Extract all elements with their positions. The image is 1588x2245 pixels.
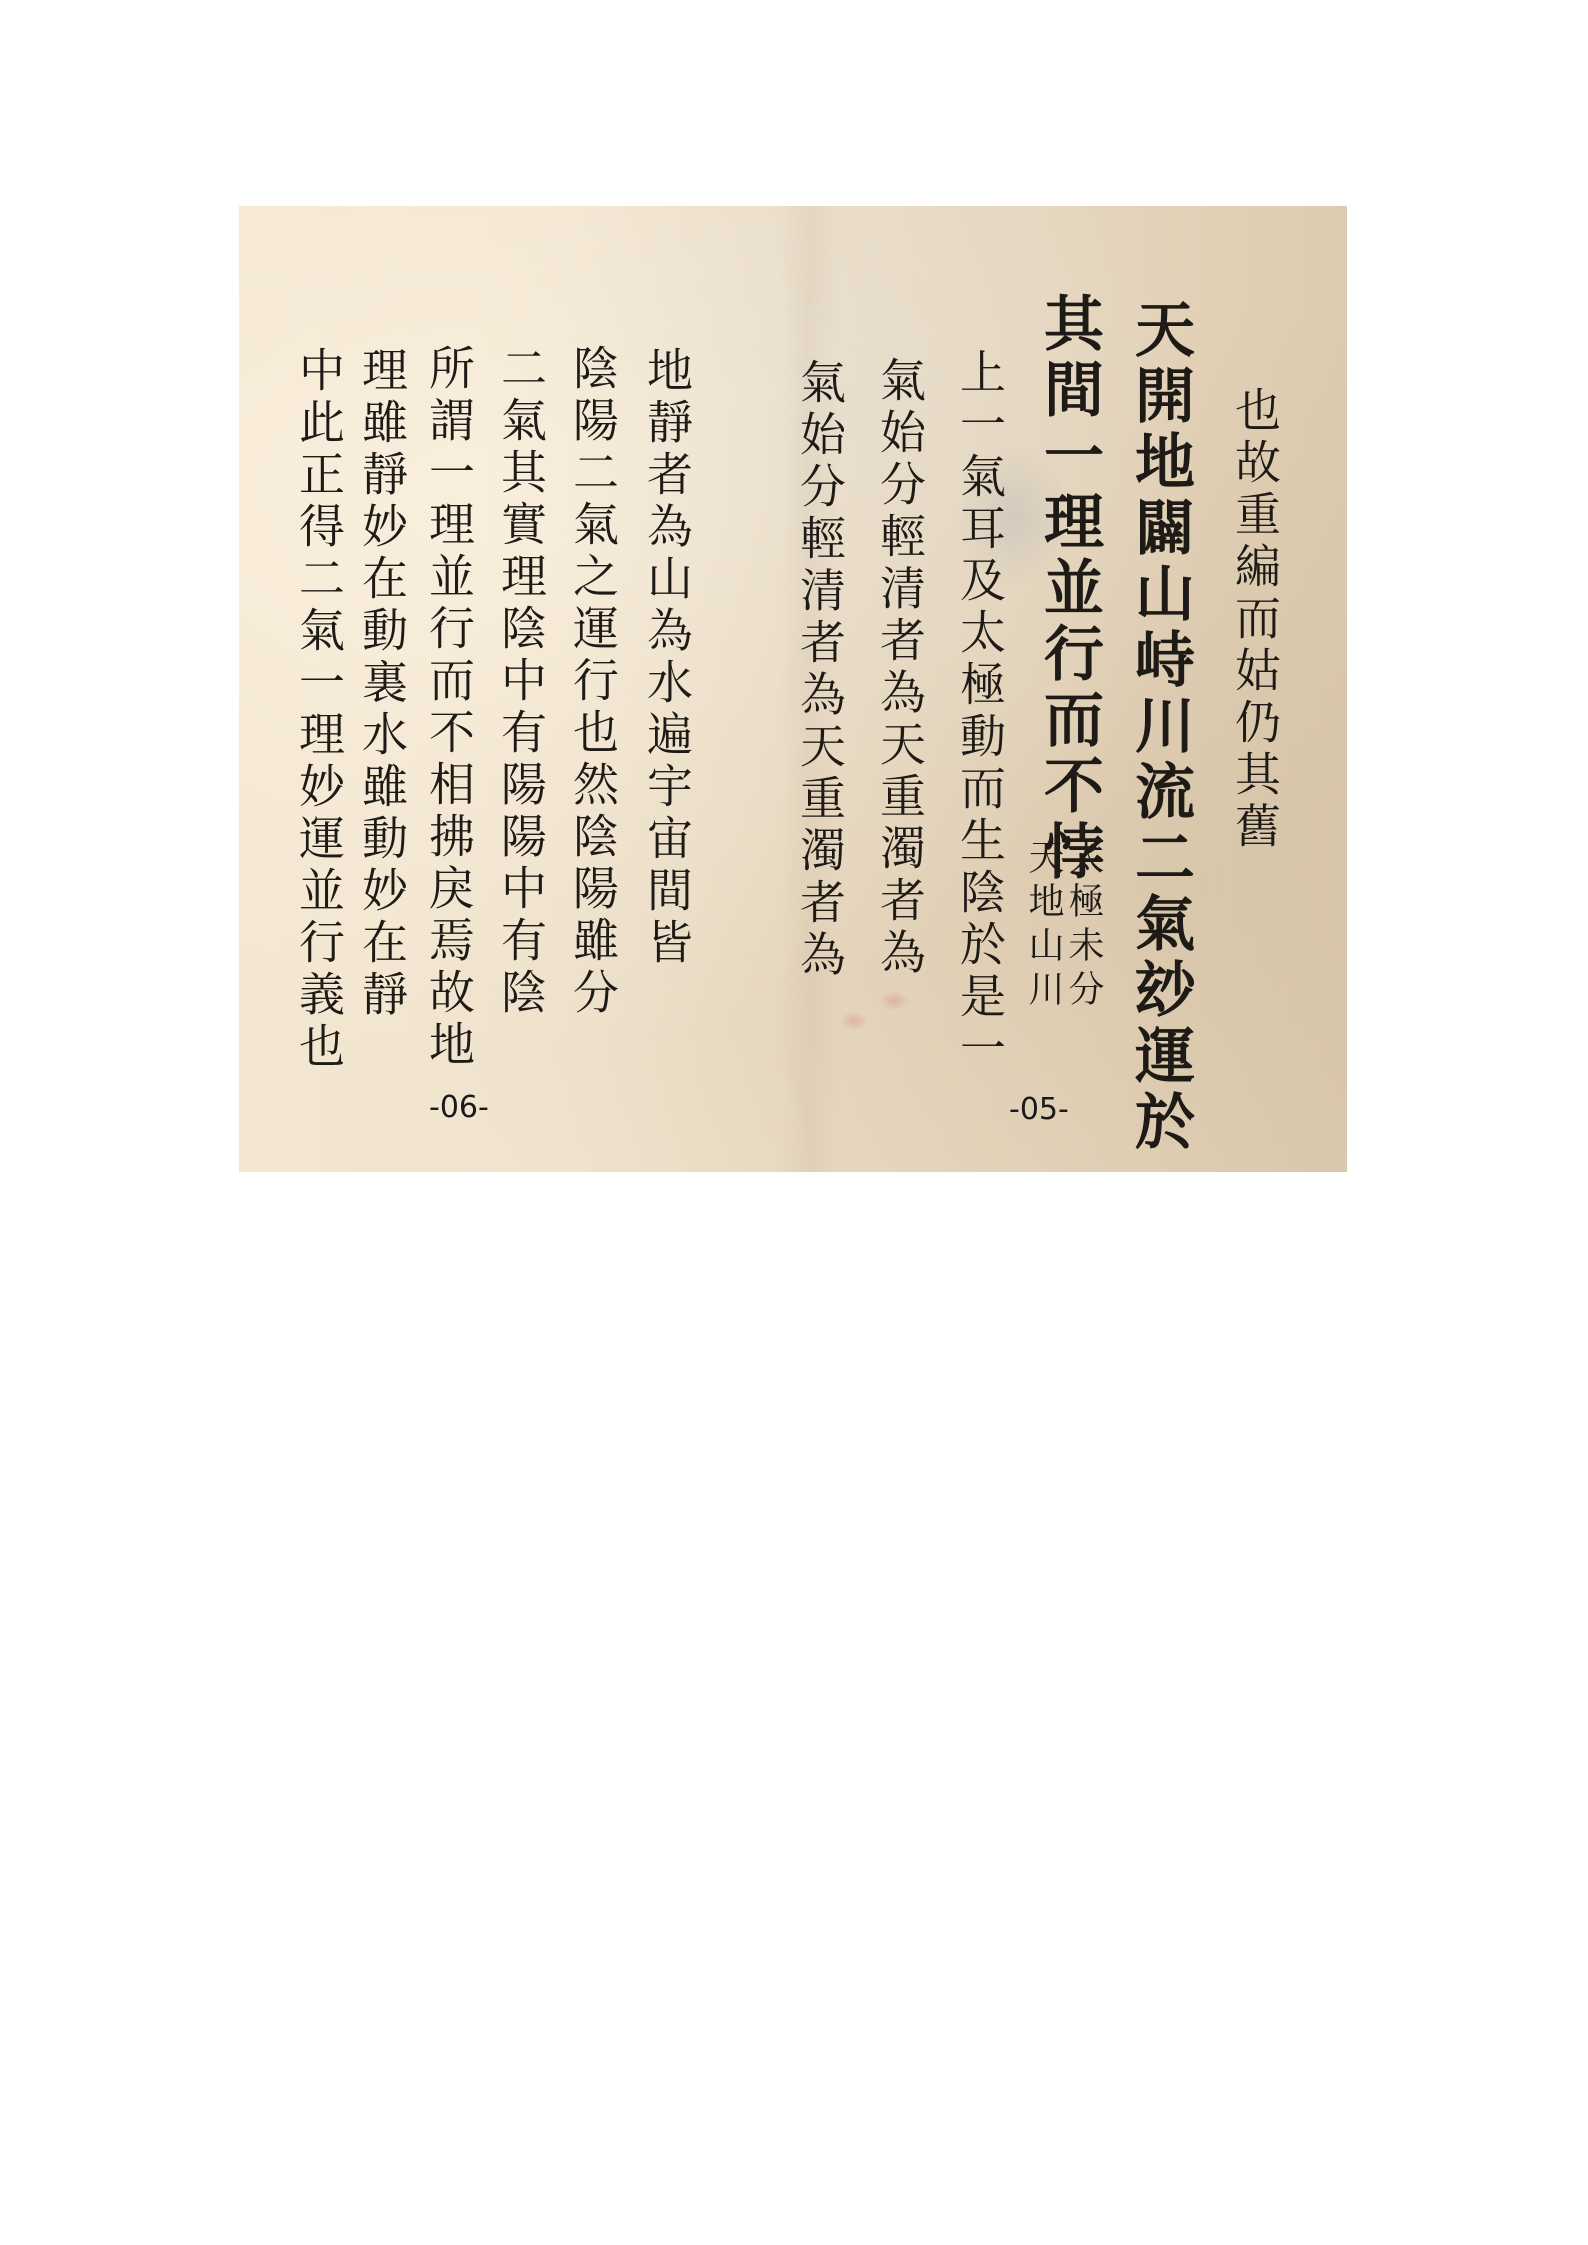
right-page-column-4: 上一氣耳及太極動而生陰於是一: [957, 348, 1003, 1076]
left-page-column-2: 陰陽二氣之運行也然陰陽雖分: [570, 344, 616, 1020]
red-stain: [839, 1011, 869, 1031]
page-number-06: -06-: [429, 1090, 489, 1125]
annotation-right: 太極未分: [1065, 838, 1101, 1014]
red-stain: [879, 991, 909, 1011]
left-page-column-3: 二氣其實理陰中有陽陽中有陰: [498, 344, 544, 1020]
page-number-05: -05-: [1009, 1092, 1069, 1127]
right-page-column-6: 氣始分輕清者為天重濁者為: [797, 358, 843, 982]
right-page-column-3: 其間一理並行而不悖: [1039, 292, 1099, 886]
manuscript-scan: 也故重編而姑仍其舊 天開地闢山峙川流二氣玅運於 其間一理並行而不悖 太極未分 天…: [239, 206, 1347, 1172]
left-page-column-4: 所謂一理並行而不相拂戾焉故地: [426, 344, 472, 1072]
right-page-column-5: 氣始分輕清者為天重濁者為: [877, 356, 923, 980]
left-page-column-6: 中此正得二氣一理妙運並行義也: [296, 346, 342, 1074]
right-page-column-1: 也故重編而姑仍其舊: [1232, 386, 1278, 854]
annotation-left: 天地山川: [1025, 838, 1061, 1014]
left-page-column-5: 理雖靜妙在動裏水雖動妙在靜: [359, 346, 405, 1022]
right-page-column-2: 天開地闢山峙川流二氣玅運於: [1130, 298, 1190, 1156]
left-page-column-1: 地靜者為山為水遍宇宙間皆: [644, 346, 690, 970]
